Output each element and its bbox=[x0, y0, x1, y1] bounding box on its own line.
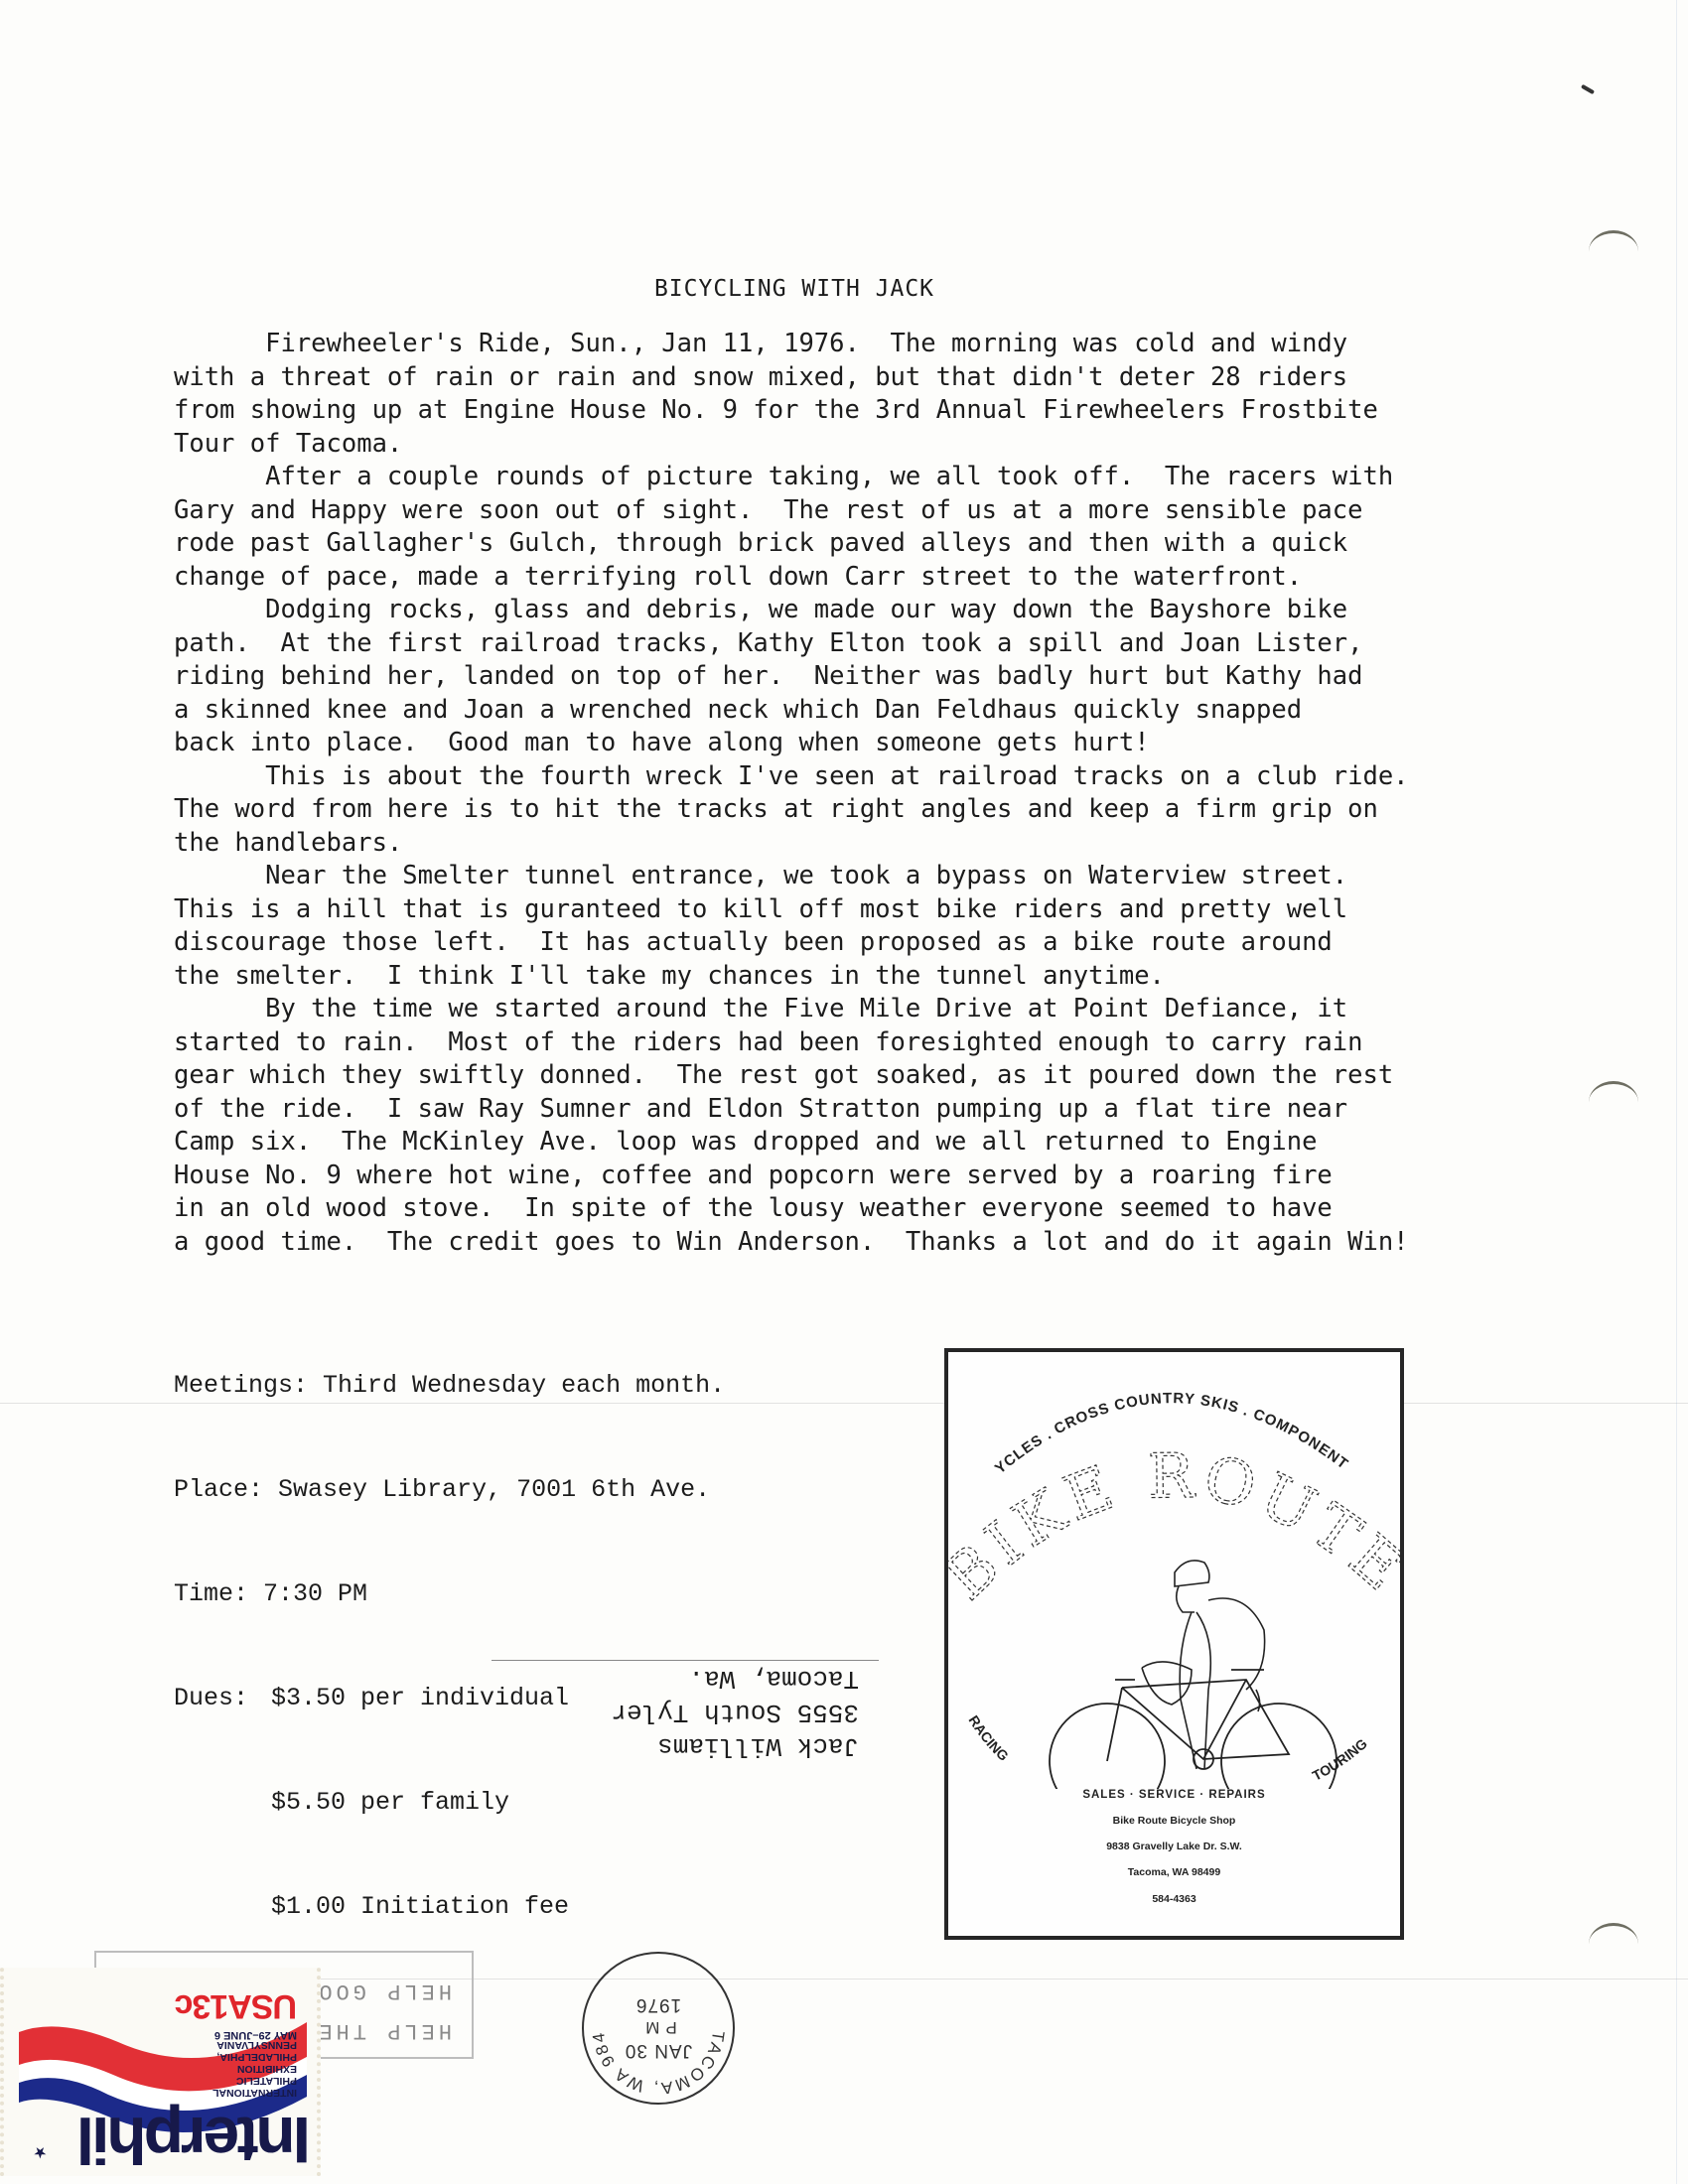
ad-city: Tacoma, WA 98499 bbox=[948, 1866, 1400, 1878]
stamp-denomination: USA13c bbox=[175, 1986, 297, 2025]
stamp-dates: MAY 29–JUNE 6 bbox=[214, 2029, 297, 2041]
ad-racing-label: RACING bbox=[965, 1712, 1012, 1764]
bike-route-advertisement: CYCLES . CROSS COUNTRY SKIS . COMPONENTS… bbox=[944, 1348, 1404, 1940]
bicycle-drawing-icon bbox=[1050, 1670, 1336, 1789]
stamp-name: Interphil bbox=[79, 2111, 311, 2170]
scanned-newsletter-page: BICYCLING WITH JACK Firewheeler's Ride, … bbox=[0, 0, 1688, 2184]
article-paragraph: Dodging rocks, glass and debris, we made… bbox=[174, 594, 1524, 760]
dues-row: $5.50 per family bbox=[174, 1785, 725, 1820]
ad-services: SALES · SERVICE · REPAIRS bbox=[948, 1789, 1400, 1801]
show-through-text bbox=[953, 208, 1256, 258]
bike-route-illustration: CYCLES . CROSS COUNTRY SKIS . COMPONENTS… bbox=[948, 1352, 1400, 1789]
meetings-value: Third Wednesday each month. bbox=[323, 1368, 725, 1403]
postmark-year: 1976 bbox=[584, 1993, 733, 2015]
ad-address: 9838 Gravelly Lake Dr. S.W. bbox=[948, 1841, 1400, 1852]
recipient-name: Jack Williams bbox=[492, 1729, 859, 1763]
article-paragraph: After a couple rounds of picture taking,… bbox=[174, 461, 1524, 594]
recipient-street: 3555 South Tyler bbox=[492, 1696, 859, 1729]
postage-stamp: Interphil ★ INTERNATIONAL PHILATELIC EXH… bbox=[0, 1968, 321, 2176]
article-body: Firewheeler's Ride, Sun., Jan 11, 1976. … bbox=[174, 328, 1524, 1259]
staple-mark-icon bbox=[1581, 84, 1595, 94]
article-paragraph: This is about the fourth wreck I've seen… bbox=[174, 760, 1524, 861]
article-paragraph: By the time we started around the Five M… bbox=[174, 993, 1524, 1259]
place-row: Place: Swasey Library, 7001 6th Ave. bbox=[174, 1472, 725, 1507]
postmark-date: JAN 30 bbox=[584, 2039, 733, 2061]
page-title: BICYCLING WITH JACK bbox=[0, 276, 1589, 302]
ad-phone: 584-4363 bbox=[948, 1893, 1400, 1905]
binder-hole-icon bbox=[1589, 1923, 1638, 1966]
star-icon: ★ bbox=[34, 2141, 47, 2166]
article-paragraph: Near the Smelter tunnel entrance, we too… bbox=[174, 860, 1524, 993]
meetings-row: Meetings: Third Wednesday each month. bbox=[174, 1368, 725, 1403]
time-row: Time: 7:30 PM bbox=[174, 1576, 725, 1611]
postmark: TACOMA, WA 984 JAN 30 PM 1976 bbox=[582, 1952, 735, 2105]
stamp-subtitle: INTERNATIONAL PHILATELIC EXHIBITION PHIL… bbox=[20, 2039, 297, 2099]
club-info: Meetings: Third Wednesday each month. Pl… bbox=[174, 1298, 725, 1993]
dues-item: $5.50 per family bbox=[271, 1785, 509, 1820]
mailing-address-label: Jack Williams 3555 South Tyler Tacoma, W… bbox=[492, 1660, 879, 1769]
ad-shop-name: Bike Route Bicycle Shop bbox=[948, 1815, 1400, 1827]
dues-row: $1.00 Initiation fee bbox=[174, 1889, 725, 1924]
dues-item: $1.00 Initiation fee bbox=[271, 1889, 569, 1924]
time-value: 7:30 PM bbox=[263, 1576, 367, 1611]
postmark-ampm: PM bbox=[584, 2017, 733, 2037]
place-value: Swasey Library, 7001 6th Ave. bbox=[278, 1472, 710, 1507]
dues-label: Dues: bbox=[174, 1681, 271, 1715]
binder-hole-icon bbox=[1589, 1081, 1638, 1124]
time-label: Time: bbox=[174, 1576, 248, 1611]
binder-hole-icon bbox=[1589, 230, 1638, 273]
ad-touring-label: TOURING bbox=[1310, 1735, 1370, 1784]
article-paragraph: Firewheeler's Ride, Sun., Jan 11, 1976. … bbox=[174, 328, 1524, 461]
recipient-city: Tacoma, Wa. bbox=[492, 1662, 859, 1696]
place-label: Place: bbox=[174, 1472, 263, 1507]
meetings-label: Meetings: bbox=[174, 1368, 308, 1403]
page-edge bbox=[1676, 0, 1677, 2184]
